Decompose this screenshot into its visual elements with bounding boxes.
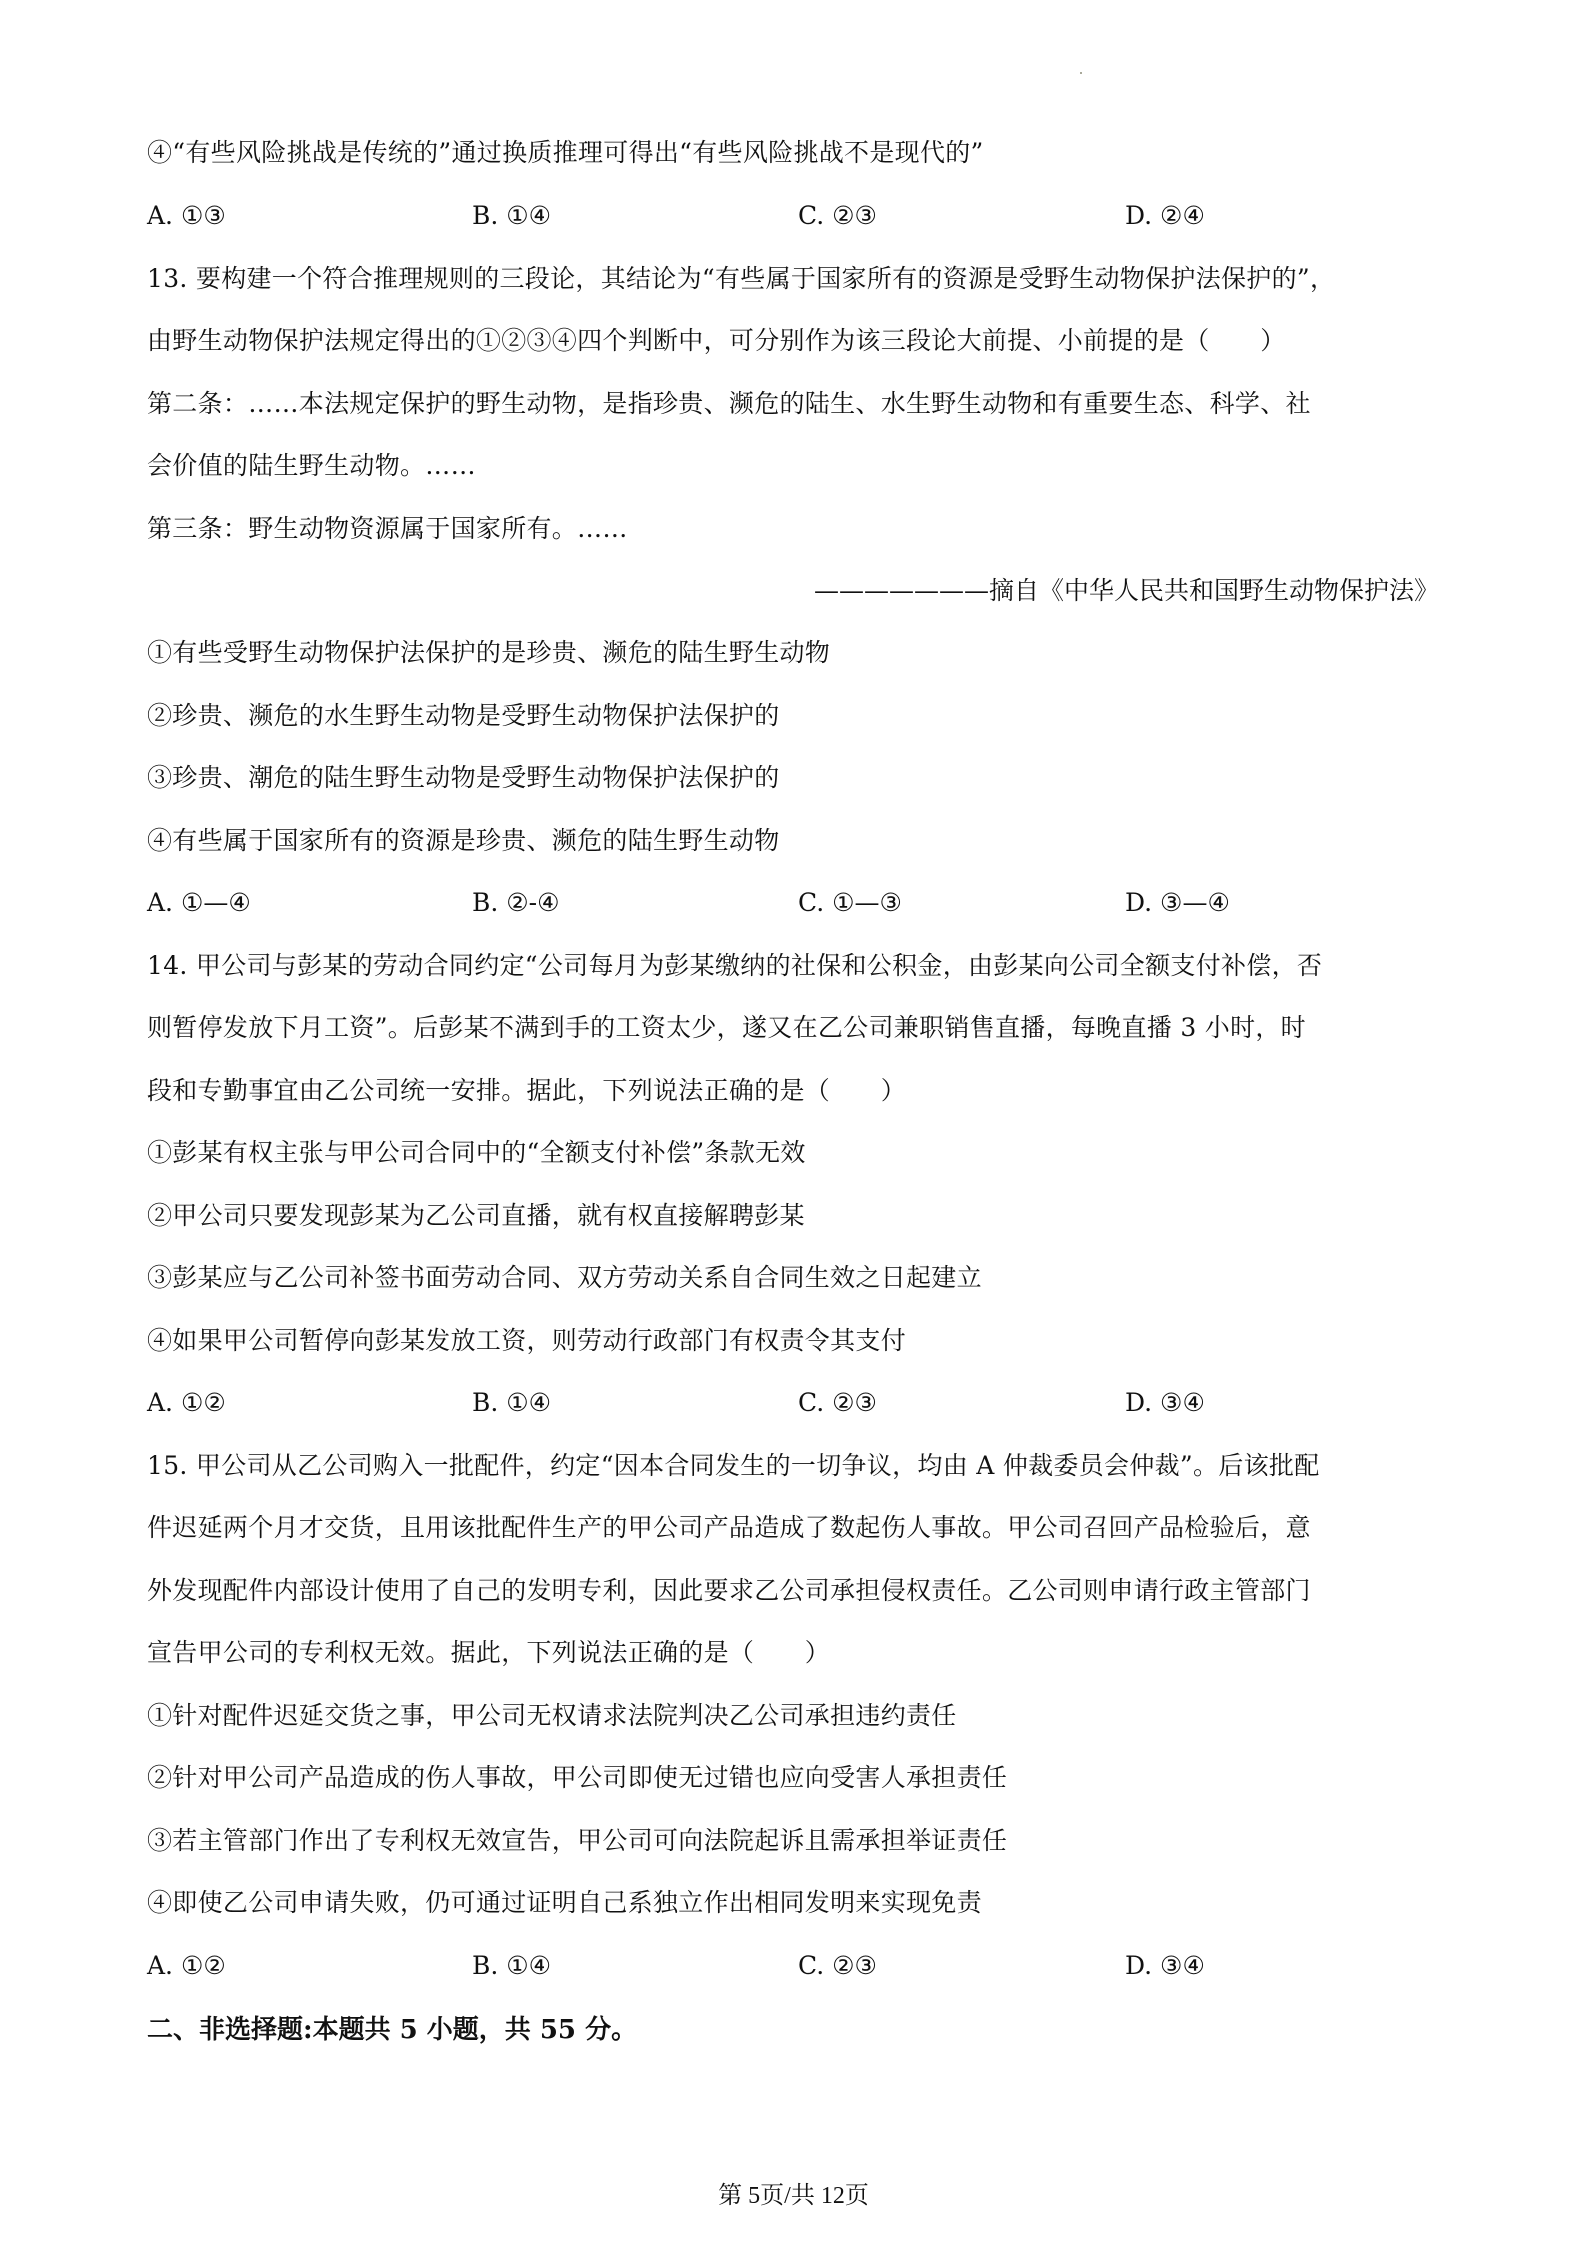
q14-stem-line-2: 则暂停发放下月工资”。后彭某不满到手的工资太少，遂又在乙公司兼职销售直播，每晚直… <box>147 1011 1306 1045</box>
q14-stem-line-1: 14. 甲公司与彭某的劳动合同约定“公司每月为彭某缴纳的社保和公积金，由彭某向公… <box>147 949 1322 983</box>
q15-stem-line-4: 宣告甲公司的专利权无效。据此，下列说法正确的是（ ） <box>147 1636 830 1670</box>
q14-options: A. ①② B. ①④ C. ②③ D. ③④ <box>147 1386 1467 1420</box>
q12-option-b[interactable]: B. ①④ <box>472 199 551 233</box>
q13-statement-4: ④有些属于国家所有的资源是珍贵、濒危的陆生野生动物 <box>147 824 780 858</box>
q12-options: A. ①③ B. ①④ C. ②③ D. ②④ <box>147 199 1467 233</box>
q15-option-c[interactable]: C. ②③ <box>798 1949 877 1983</box>
q15-options: A. ①② B. ①④ C. ②③ D. ③④ <box>147 1949 1467 1983</box>
q15-statement-3: ③若主管部门作出了专利权无效宣告，甲公司可向法院起诉且需承担举证责任 <box>147 1824 1007 1858</box>
q13-options: A. ①—④ B. ②-④ C. ①—③ D. ③—④ <box>147 886 1467 920</box>
q13-statement-3: ③珍贵、潮危的陆生野生动物是受野生动物保护法保护的 <box>147 761 780 795</box>
q13-stem-line-1: 13. 要构建一个符合推理规则的三段论，其结论为“有些属于国家所有的资源是受野生… <box>147 262 1335 296</box>
q13-stem-line-2: 由野生动物保护法规定得出的①②③④四个判断中，可分别作为该三段论大前提、小前提的… <box>147 324 1286 358</box>
q13-option-b[interactable]: B. ②-④ <box>472 886 560 920</box>
q13-article-2-line-1: 第二条：……本法规定保护的野生动物，是指珍贵、濒危的陆生、水生野生动物和有重要生… <box>147 387 1311 421</box>
q13-source-citation: ———————摘自《中华人民共和国野生动物保护法》 <box>814 574 1439 608</box>
q15-stem-line-3: 外发现配件内部设计使用了自己的发明专利，因此要求乙公司承担侵权责任。乙公司则申请… <box>147 1574 1311 1608</box>
page-indicator: 第 5页/共 12页 <box>0 2181 1587 2211</box>
q14-option-b[interactable]: B. ①④ <box>472 1386 551 1420</box>
q15-statement-1: ①针对配件迟延交货之事，甲公司无权请求法院判决乙公司承担违约责任 <box>147 1699 957 1733</box>
q14-statement-3: ③彭某应与乙公司补签书面劳动合同、双方劳动关系自合同生效之日起建立 <box>147 1261 982 1295</box>
q12-option-c[interactable]: C. ②③ <box>798 199 877 233</box>
q14-option-c[interactable]: C. ②③ <box>798 1386 877 1420</box>
q13-option-c[interactable]: C. ①—③ <box>798 886 902 920</box>
scan-speck <box>1080 72 1082 74</box>
q15-option-b[interactable]: B. ①④ <box>472 1949 551 1983</box>
q13-option-a[interactable]: A. ①—④ <box>147 886 251 920</box>
q13-statement-1: ①有些受野生动物保护法保护的是珍贵、濒危的陆生野生动物 <box>147 636 830 670</box>
q14-statement-2: ②甲公司只要发现彭某为乙公司直播，就有权直接解聘彭某 <box>147 1199 805 1233</box>
q12-option-d[interactable]: D. ②④ <box>1125 199 1205 233</box>
q14-statement-1: ①彭某有权主张与甲公司合同中的“全额支付补偿”条款无效 <box>147 1136 806 1170</box>
q13-article-3: 第三条：野生动物资源属于国家所有。…… <box>147 512 628 546</box>
q15-statement-4: ④即使乙公司申请失败，仍可通过证明自己系独立作出相同发明来实现免责 <box>147 1886 982 1920</box>
exam-page: ④“有些风险挑战是传统的”通过换质推理可得出“有些风险挑战不是现代的” A. ①… <box>0 0 1587 2245</box>
q12-statement-4: ④“有些风险挑战是传统的”通过换质推理可得出“有些风险挑战不是现代的” <box>147 136 984 170</box>
q13-option-d[interactable]: D. ③—④ <box>1125 886 1230 920</box>
q15-option-d[interactable]: D. ③④ <box>1125 1949 1205 1983</box>
section-2-heading: 二、非选择题:本题共 5 小题，共 55 分。 <box>147 2012 637 2048</box>
q15-stem-line-1: 15. 甲公司从乙公司购入一批配件，约定“因本合同发生的一切争议，均由 A 仲裁… <box>147 1449 1320 1483</box>
q15-stem-line-2: 件迟延两个月才交货，且用该批配件生产的甲公司产品造成了数起伤人事故。甲公司召回产… <box>147 1511 1311 1545</box>
q15-option-a[interactable]: A. ①② <box>147 1949 226 1983</box>
q13-article-2-line-2: 会价值的陆生野生动物。…… <box>147 449 476 483</box>
q14-option-a[interactable]: A. ①② <box>147 1386 226 1420</box>
q12-option-a[interactable]: A. ①③ <box>147 199 226 233</box>
q14-statement-4: ④如果甲公司暂停向彭某发放工资，则劳动行政部门有权责令其支付 <box>147 1324 906 1358</box>
q14-stem-line-3: 段和专勤事宜由乙公司统一安排。据此，下列说法正确的是（ ） <box>147 1074 906 1108</box>
q14-option-d[interactable]: D. ③④ <box>1125 1386 1205 1420</box>
q15-statement-2: ②针对甲公司产品造成的伤人事故，甲公司即使无过错也应向受害人承担责任 <box>147 1761 1007 1795</box>
q13-statement-2: ②珍贵、濒危的水生野生动物是受野生动物保护法保护的 <box>147 699 780 733</box>
